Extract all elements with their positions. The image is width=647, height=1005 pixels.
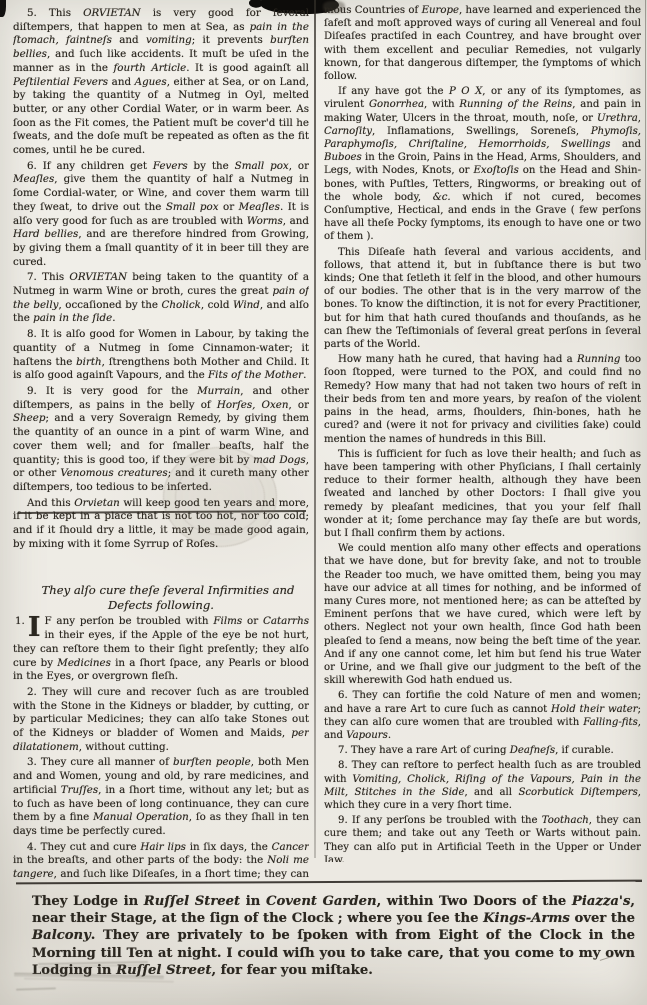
paragraph: This Diſeaſe hath ſeveral and various ac… bbox=[324, 246, 641, 352]
paragraph: 8. It is alſo good for Women in Labour, … bbox=[13, 328, 309, 383]
paragraph: 2. They will cure and recover ſuch as ar… bbox=[13, 686, 309, 755]
handbill-page: 5. This ORVIETAN is very good for ſevera… bbox=[0, 0, 647, 1005]
drop-cap-group: 1.I bbox=[13, 615, 41, 640]
pencil-scribbles bbox=[14, 958, 214, 998]
paragraph: 6. They can fortifie the cold Nature of … bbox=[324, 689, 641, 742]
paragraph: We could mention alſo many other effects… bbox=[324, 542, 641, 687]
paragraph: If any have got the P O X, or any of its… bbox=[324, 85, 641, 243]
page-edge-line bbox=[645, 0, 647, 260]
right-column: mous Countries of Europe, have learned a… bbox=[324, 4, 641, 862]
paragraph-number: 1. bbox=[15, 615, 25, 629]
left-column: 5. This ORVIETAN is very good for ſevera… bbox=[13, 7, 309, 879]
paragraph: 5. This ORVIETAN is very good for ſevera… bbox=[13, 7, 309, 158]
paragraph: 4. They cut and cure Hair lips in ſix da… bbox=[13, 841, 309, 879]
column-divider bbox=[314, 0, 316, 858]
paragraph: 9. If any perſons be troubled with the T… bbox=[324, 814, 641, 862]
paragraph: 7. They have a rare Art of curing Deafne… bbox=[324, 744, 641, 757]
footer-divider bbox=[16, 880, 642, 885]
paragraph: 1.IF any perſon be troubled with Films o… bbox=[13, 615, 309, 684]
paragraph: 7. This ORVIETAN being taken to the quan… bbox=[13, 271, 309, 326]
paragraph: mous Countries of Europe, have learned a… bbox=[324, 4, 641, 83]
library-stamp bbox=[163, 447, 277, 547]
infirmities-heading: They alſo cure theſe ſeveral Infirmities… bbox=[13, 583, 309, 613]
paragraph-text: F any perſon be troubled with Films or C… bbox=[13, 615, 309, 682]
ink-mark-top-left bbox=[0, 0, 6, 17]
paragraph: 6. If any children get Fevers by the Sma… bbox=[13, 160, 309, 270]
paragraph: How many hath he cured, that having had … bbox=[324, 353, 641, 445]
drop-cap: I bbox=[27, 615, 42, 640]
paragraph: 8. They can reſtore to perfect health ſu… bbox=[324, 759, 641, 812]
paragraph: This is ſufficient for ſuch as love thei… bbox=[324, 448, 641, 540]
paragraph: 3. They cure all manner of burſten peopl… bbox=[13, 756, 309, 838]
